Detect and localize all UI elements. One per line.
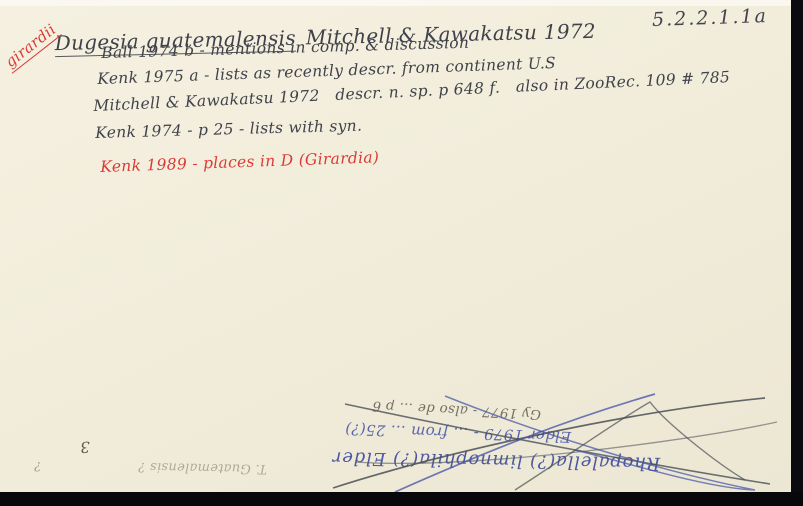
index-card: Dugesia guatemalensisMitchell & Kawakats… xyxy=(0,0,791,492)
scanned-index-card-image: Dugesia guatemalensisMitchell & Kawakats… xyxy=(0,0,803,506)
card-top-edge-highlight xyxy=(0,0,791,6)
flipped-faint-pencil-note: T. Guatemalensis ? xyxy=(138,459,267,476)
entry-kenk-1974: Kenk 1974 - p 25 - lists with syn. xyxy=(95,117,362,142)
flipped-question-mark: ? xyxy=(34,458,41,473)
flipped-blue-note-mid: Elder 1979 - … from … 25(?) xyxy=(345,420,572,446)
scan-background-bottom-edge xyxy=(0,492,803,506)
classification-code: 5.2.2.1.1a xyxy=(652,5,769,31)
entry-kenk-1989: Kenk 1989 - places in D (Girardia) xyxy=(100,148,380,176)
flipped-number-mark: 3 xyxy=(79,438,90,457)
flipped-blue-note-big: Rhopalella(?) limnophila(?) Elder xyxy=(332,447,661,474)
flipped-pencil-note: Gy 1977 - also de … p 6 xyxy=(372,398,542,423)
scan-background-right-edge xyxy=(791,0,803,506)
